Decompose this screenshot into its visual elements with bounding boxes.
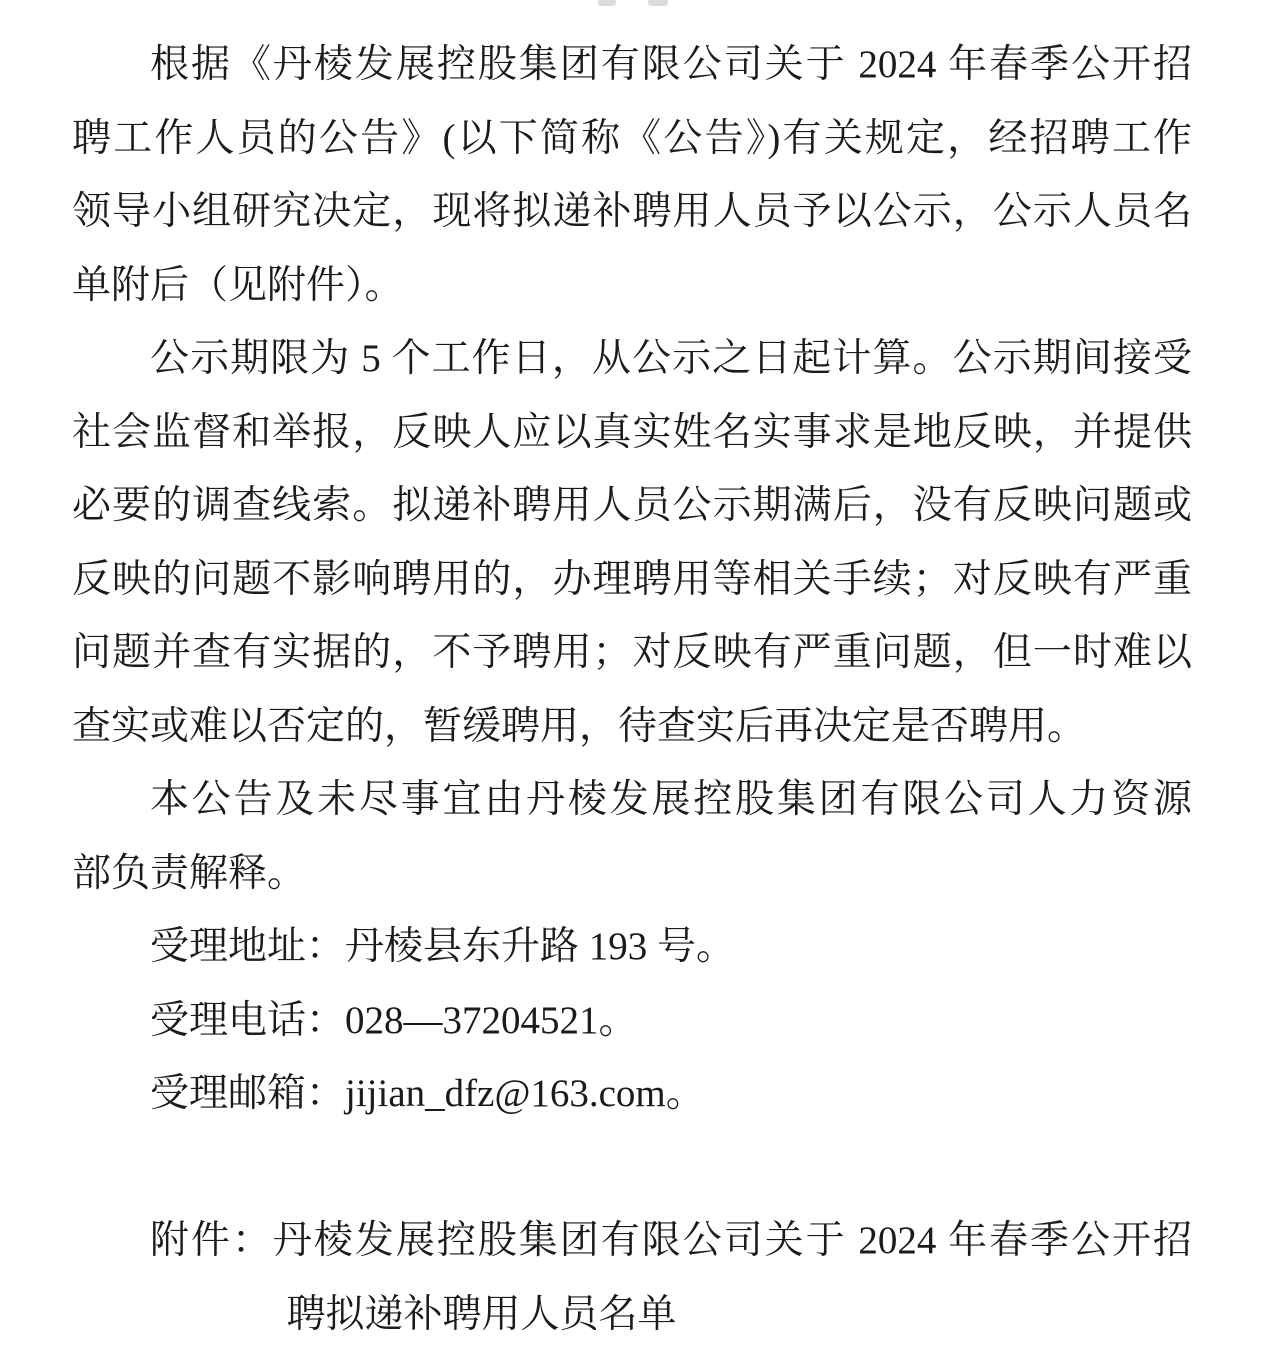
paragraph1-line4: 单附后（见附件）。	[72, 249, 1192, 323]
document-body: 根据《丹棱发展控股集团有限公司关于 2024 年春季公开招 聘工作人员的公告》(…	[72, 28, 1192, 1351]
paragraph2-line4: 反映的问题不影响聘用的，办理聘用等相关手续；对反映有严重	[72, 543, 1192, 617]
paragraph2-line2: 社会监督和举报，反映人应以真实姓名实事求是地反映，并提供	[72, 396, 1192, 470]
paragraph2-line5: 问题并查有实据的，不予聘用；对反映有严重问题，但一时难以	[72, 616, 1192, 690]
paragraph3-line2: 部负责解释。	[72, 837, 1192, 911]
contact-email-line: 受理邮箱：jijian_dfz@163.com。	[72, 1057, 1192, 1131]
paragraph2-line6: 查实或难以否定的，暂缓聘用，待查实后再决定是否聘用。	[72, 690, 1192, 764]
contact-address-line: 受理地址：丹棱县东升路 193 号。	[72, 910, 1192, 984]
paragraph1-line1: 根据《丹棱发展控股集团有限公司关于 2024 年春季公开招	[72, 28, 1192, 102]
paragraph1-line2: 聘工作人员的公告》(以下简称《公告》)有关规定，经招聘工作	[72, 102, 1192, 176]
cropped-text-fragment	[648, 0, 668, 6]
blank-line	[72, 1131, 1192, 1205]
attachment-line2: 聘拟递补聘用人员名单	[72, 1278, 1192, 1352]
contact-phone-line: 受理电话：028—37204521。	[72, 984, 1192, 1058]
attachment-line1: 附件：丹棱发展控股集团有限公司关于 2024 年春季公开招	[72, 1204, 1192, 1278]
paragraph3-line1: 本公告及未尽事宜由丹棱发展控股集团有限公司人力资源	[72, 763, 1192, 837]
document-page: 根据《丹棱发展控股集团有限公司关于 2024 年春季公开招 聘工作人员的公告》(…	[0, 0, 1280, 1364]
paragraph2-line1: 公示期限为 5 个工作日，从公示之日起计算。公示期间接受	[72, 322, 1192, 396]
paragraph1-line3: 领导小组研究决定，现将拟递补聘用人员予以公示，公示人员名	[72, 175, 1192, 249]
paragraph2-line3: 必要的调查线索。拟递补聘用人员公示期满后，没有反映问题或	[72, 469, 1192, 543]
cropped-text-fragment	[598, 0, 616, 6]
